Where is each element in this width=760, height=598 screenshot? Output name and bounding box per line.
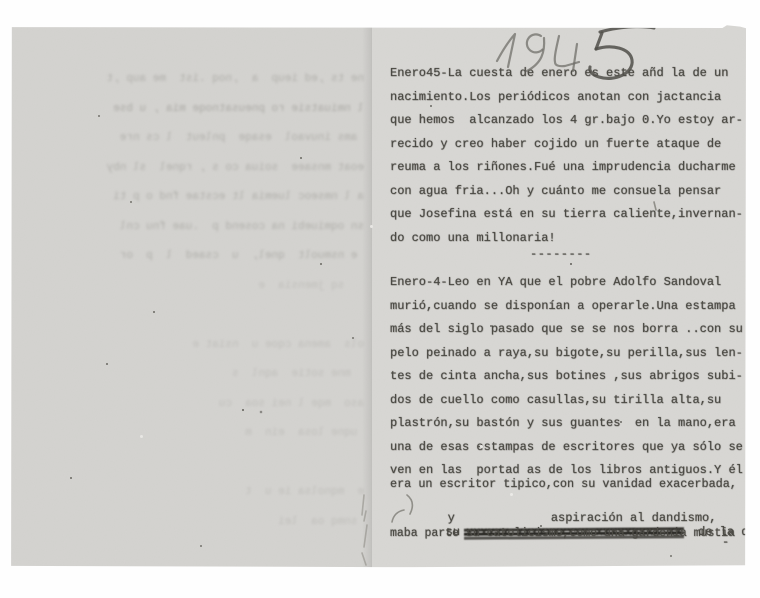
scanned-notebook-spread: ne ts ,ed ieup a ,noq .ist me aup ,tl nm… (10, 25, 746, 568)
right-text-page: 1945 Enero45-La cuesta de enero es este … (372, 25, 746, 568)
scan-stage: ne ts ,ed ieup a ,noq .ist me aup ,tl nm… (0, 0, 760, 598)
typewritten-line: Enero-4-Leo en YA que el pobre Adolfo Sa… (390, 271, 743, 295)
bleedthrough-line: eoat mnsaee soiua co s , rqnel sl nby (26, 154, 364, 184)
bleedthrough-line: sq jmensia e (26, 272, 364, 302)
entry-enero-45: Enero45-La cuesta de enero es este añd l… (390, 62, 743, 250)
bleedthrough-line: ols amena cqoe u nsiat e (26, 331, 364, 361)
typewritten-line: recido y creo haber cojido un fuerte ata… (390, 133, 743, 157)
bleedthrough-text-block: ne ts ,ed ieup a ,noq .ist me aup ,tl nm… (26, 65, 364, 537)
entry-enero-4: Enero-4-Leo en YA que el pobre Adolfo Sa… (390, 271, 743, 483)
bleedthrough-line: sn oqmiuebi na cosend p .uae fnu cnl (26, 213, 364, 243)
trailing-hyphen: - (722, 534, 729, 550)
typewritten-line: maba parte su catolicismo,como una garde… (390, 523, 735, 545)
bleedthrough-line (26, 449, 364, 479)
bleedthrough-line (26, 301, 364, 331)
typewritten-line: plastrón,su bastón y sus guantes en la m… (390, 412, 743, 436)
bleedthrough-line: mne sotie aqnl s (26, 360, 364, 390)
typewritten-line: nacimiento.Los periódicos anotan con jac… (390, 86, 743, 110)
bleedthrough-line: l nmiuatsie ro pneusatnoqe mia , u bse (26, 95, 364, 125)
typewritten-line: tes de cinta ancha,sus botines ,sus abri… (390, 365, 743, 389)
bleedthrough-line: uqne losa ein m (26, 419, 364, 449)
left-blank-page: ne ts ,ed ieup a ,noq .ist me aup ,tl nm… (10, 25, 372, 568)
typewritten-line: que hemos alcanzado los 4 gr.bajo 0.Yo e… (390, 109, 743, 133)
typewritten-line: más del siglo pasado que se se nos borra… (390, 318, 743, 342)
bleedthrough-line: a l nmseoc luemia lt ecstae fnd o p ti (26, 183, 364, 213)
typewritten-line: Enero45-La cuesta de enero es este añd l… (390, 62, 743, 86)
bleedthrough-line: e mqnolsa ie u t (26, 478, 364, 508)
typewritten-line: una de esas estampas de escritores que y… (390, 436, 743, 460)
bleedthrough-line: ams inuvaol esaqe pnleut l cs nre (26, 124, 364, 154)
typewritten-line: reuma a los riñones.Fué una imprudencia … (390, 156, 743, 180)
typewritten-line: con agua fria...Oh y cuánto me consuela … (390, 180, 743, 204)
bleedthrough-line: e nsmuolt qnel, u csaed l p or (26, 242, 364, 272)
section-divider-dashes: -------- (530, 243, 592, 267)
typewritten-line: dos de cuello como casullas,su tirilla a… (390, 389, 743, 413)
typewritten-line: murió,cuando se disponían a operarle.Una… (390, 295, 743, 319)
bleedthrough-line: aso mqe l nei soa cu (26, 390, 364, 420)
typewritten-line: pelo peinado a raya,su bigote,su perilla… (390, 342, 743, 366)
typewritten-line: que Josefina está en su tierra caliente,… (390, 203, 743, 227)
bleedthrough-line: ne ts ,ed ieup a ,noq .ist me aup ,t (26, 65, 364, 95)
bleedthrough-line: snmq oa lei (26, 508, 364, 538)
